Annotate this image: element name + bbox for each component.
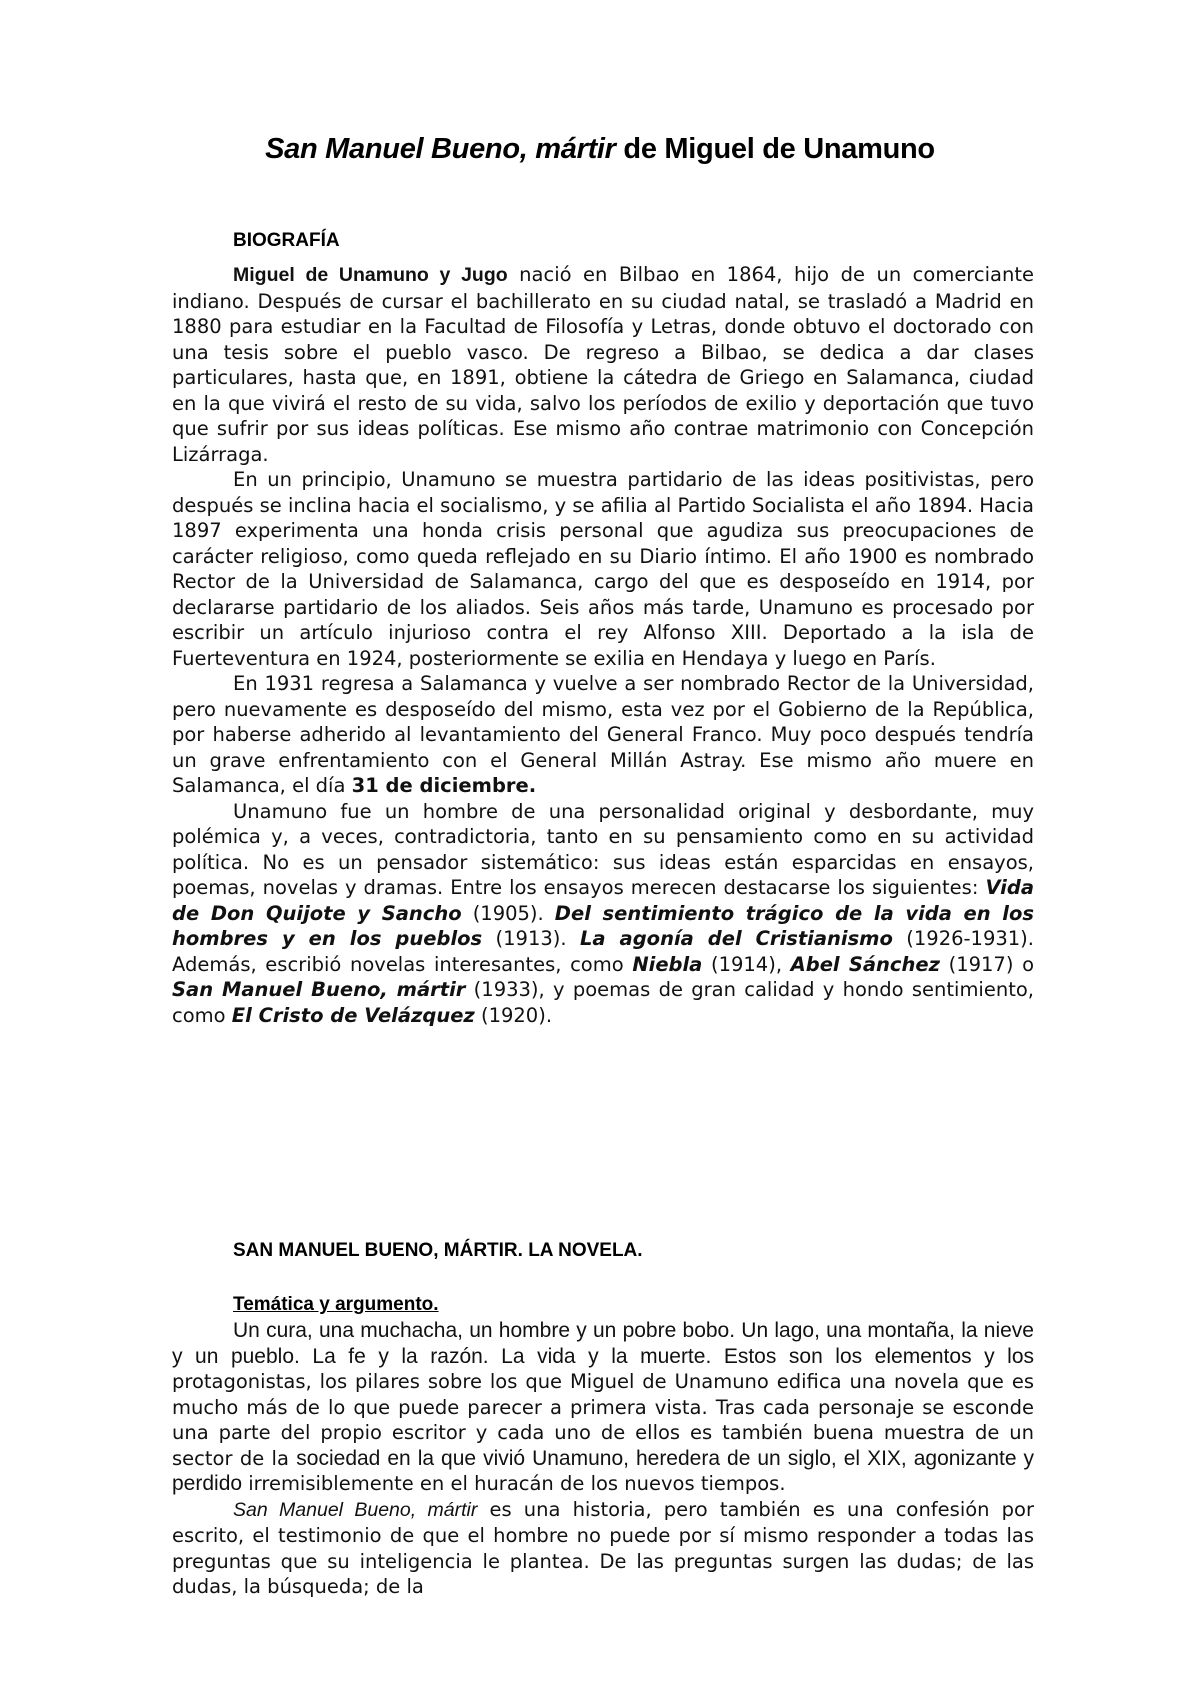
bold-date: 31 de diciembre.: [352, 774, 537, 797]
emphasized-text: Un cura, una muchacha, un hombre y un po…: [172, 1319, 1034, 1368]
work-title: Abel Sánchez: [791, 953, 940, 976]
paragraph-text: En 1931 regresa a Salamanca y vuelve a s…: [172, 672, 1034, 797]
text: (1917) o: [940, 953, 1034, 976]
paragraph-novela-1: Un cura, una muchacha, un hombre y un po…: [172, 1318, 1034, 1497]
text: (1913).: [482, 927, 580, 950]
biography-body: Miguel de Unamuno y Jugo nació en Bilbao…: [172, 262, 1034, 1028]
work-title: El Cristo de Velázquez: [232, 1004, 475, 1027]
title-italic-part: San Manuel Bueno, mártir: [265, 133, 616, 165]
paragraph-1: Miguel de Unamuno y Jugo nació en Bilbao…: [172, 262, 1034, 467]
paragraph-text: nació en Bilbao en 1864, hijo de un come…: [172, 263, 1034, 466]
document-page: San Manuel Bueno, mártir de Miguel de Un…: [0, 0, 1200, 1695]
paragraph-novela-2: San Manuel Bueno, mártir es una historia…: [172, 1497, 1034, 1600]
section-heading-novela: SAN MANUEL BUENO, MÁRTIR. LA NOVELA.: [233, 1240, 643, 1262]
text: (1914),: [702, 953, 790, 976]
section-heading-biografia: BIOGRAFÍA: [233, 230, 340, 252]
text: Unamuno fue un hombre de una personalida…: [172, 800, 1034, 900]
bold-name: Miguel de Unamuno y Jugo: [233, 264, 508, 286]
title-author-part: de Miguel de Unamuno: [616, 133, 935, 165]
work-title: San Manuel Bueno, mártir: [172, 978, 465, 1001]
novel-body: Un cura, una muchacha, un hombre y un po…: [172, 1318, 1034, 1600]
text: (1920).: [475, 1004, 552, 1027]
work-title: Niebla: [632, 953, 702, 976]
paragraph-3: En 1931 regresa a Salamanca y vuelve a s…: [172, 671, 1034, 799]
document-title: San Manuel Bueno, mártir de Miguel de Un…: [0, 133, 1200, 166]
italic-title: San Manuel Bueno, mártir: [233, 1499, 477, 1521]
text: irremisiblemente en el huracán de los nu…: [242, 1472, 785, 1495]
paragraph-4: Unamuno fue un hombre de una personalida…: [172, 799, 1034, 1029]
work-title: La agonía del Cristianismo: [580, 927, 893, 950]
text: (1905).: [462, 902, 555, 925]
paragraph-2: En un principio, Unamuno se muestra part…: [172, 467, 1034, 671]
subheading-tematica: Temática y argumento.: [233, 1294, 439, 1316]
